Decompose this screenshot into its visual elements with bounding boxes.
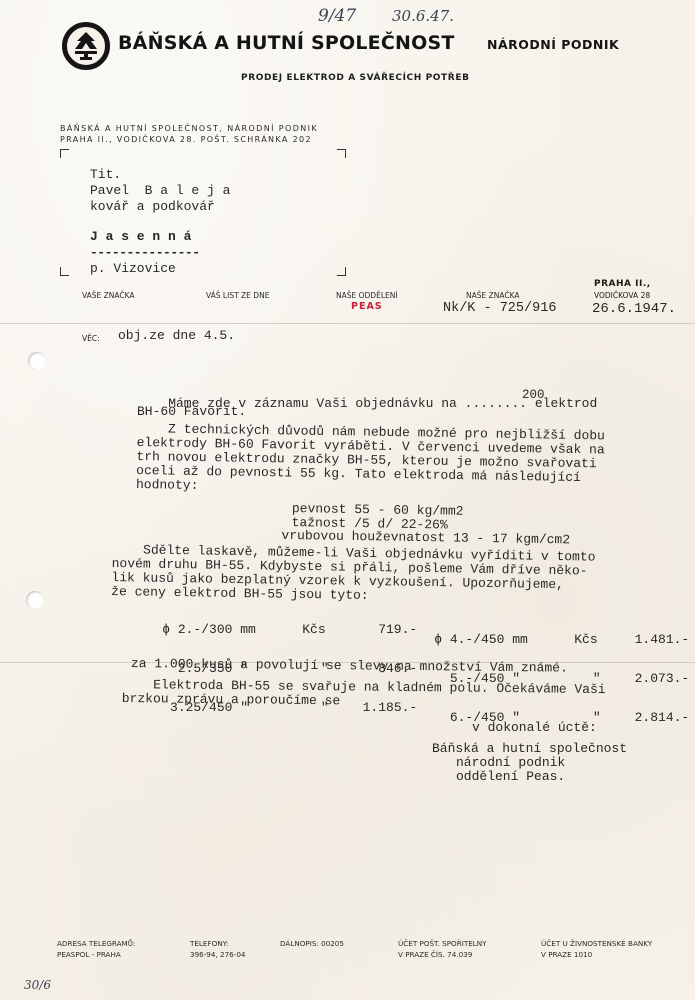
our-department-label: NAŠE ODDĚLENÍ [336,291,398,300]
footer-bank-label: ÚČET U ŽIVNOSTENSKÉ BANKY [541,938,652,949]
footer-telegram-value: PEASPOL - PRAHA [57,949,135,960]
subject-label: VĚC: [82,334,100,343]
street-label: VODIČKOVA 28 [594,291,650,300]
recipient-block: Tit. Pavel B a l e j a kovář a podkovář … [90,167,230,277]
footer-bank-value: V PRAZE 1010 [541,949,652,960]
triangle-hammers-logo-icon [67,27,105,65]
footer-telex: DÁLNOPIS: 00205 [280,938,344,949]
window-corner-br [337,267,346,276]
company-logo [62,22,110,70]
footer-postal-account-value: V PRAZE ČÍS. 74.039 [398,949,487,960]
footer-postal-account: ÚČET POŠT. SPOŘITELNY V PRAZE ČÍS. 74.03… [398,938,487,960]
price-row: ϕ 2.-/300 mmKčs719.- [131,610,417,649]
our-ref-value: Nk/K - 725/916 [443,301,556,316]
footer-telegram: ADRESA TELEGRAMŮ: PEASPOL - PRAHA [57,938,135,960]
para5: Elektroda BH-55 se svařuje na kladném po… [122,678,606,711]
subject-value: obj.ze dne 4.5. [118,328,235,343]
our-ref-label: NAŠE ZNAČKA [466,291,520,300]
fold-crease-upper [0,323,695,324]
city-label: PRAHA II., [594,279,651,289]
your-ref-label: VAŠE ZNAČKA [82,291,135,300]
footer-phones: TELEFONY: 396-94, 276-04 [190,938,246,960]
price-currency: Kčs [574,633,619,646]
recipient-profession: kovář a podkovář [90,199,230,215]
spec-line: vrubovou houževnatost 13 - 17 kgm/cm2 [281,529,570,547]
recipient-town: J a s e n n á [90,229,230,245]
signature-line3: oddělení Peas. [456,770,627,784]
company-subtitle: PRODEJ ELEKTROD A SVÁŘECÍCH POTŘEB [241,73,470,83]
recipient-town-underline: --------------- [90,245,230,261]
footer-postal-account-label: ÚČET POŠT. SPOŘITELNY [398,938,487,949]
handwritten-bottom-note: 30/6 [24,978,51,992]
price-value: 1.481.- [619,633,689,646]
price-size: ϕ 2.-/300 mm [162,623,302,636]
punch-hole-upper [28,352,46,370]
company-name: BÁŇSKÁ A HUTNÍ SPOLEČNOST [118,32,455,54]
closing-greeting: v dokonalé úctě: [472,720,597,735]
letter-date: 26.6.1947. [592,301,676,317]
footer-bank: ÚČET U ŽIVNOSTENSKÉ BANKY V PRAZE 1010 [541,938,652,960]
our-department-value: PEAS [351,301,383,312]
price-value: 2.073.- [619,672,689,685]
window-corner-tr [337,149,346,158]
price-value: 2.814.- [619,711,689,724]
recipient-post: p. Vizovice [90,261,230,277]
specs-block: pevnost 55 - 60 kg/mm2 tažnost /5 d/ 22-… [291,502,570,547]
price-size: ϕ 4.-/450 mm [434,633,574,646]
price-row: ϕ 4.-/450 mmKčs1.481.- [403,620,689,659]
punch-hole-lower [26,591,44,609]
signature-line2: národní podnik [456,756,627,770]
para1-line2: BH-60 Favorit. [137,405,246,418]
recipient-salutation: Tit. [90,167,230,183]
window-corner-tl [60,149,69,158]
price-currency: Kčs [302,623,347,636]
signature-line1: Báňská a hutní společnost [432,742,627,756]
footer-telegram-label: ADRESA TELEGRAMŮ: [57,938,135,949]
window-corner-bl [60,267,69,276]
handwritten-ref: 9/47 [318,6,356,26]
sender-address-line1: BÁŇSKÁ A HUTNÍ SPOLEČNOST, NÁRODNÍ PODNI… [60,124,318,133]
your-letter-date-label: VÁŠ LIST ZE DNE [206,291,269,300]
signature-block: Báňská a hutní společnost národní podnik… [432,742,627,784]
company-suffix: NÁRODNÍ PODNIK [487,37,619,52]
sender-address-line2: PRAHA II., VODIČKOVA 28. POŠT. SCHRÁNKA … [60,135,312,144]
footer-phones-value: 396-94, 276-04 [190,949,246,960]
para3: Sdělte laskavě, můžeme-li Vaši objednávk… [111,543,596,607]
recipient-name: Pavel B a l e j a [90,183,230,199]
para2: Z technických důvodů nám nebude možné pr… [136,422,605,499]
handwritten-date: 30.6.47. [392,7,454,25]
footer-phones-label: TELEFONY: [190,938,246,949]
